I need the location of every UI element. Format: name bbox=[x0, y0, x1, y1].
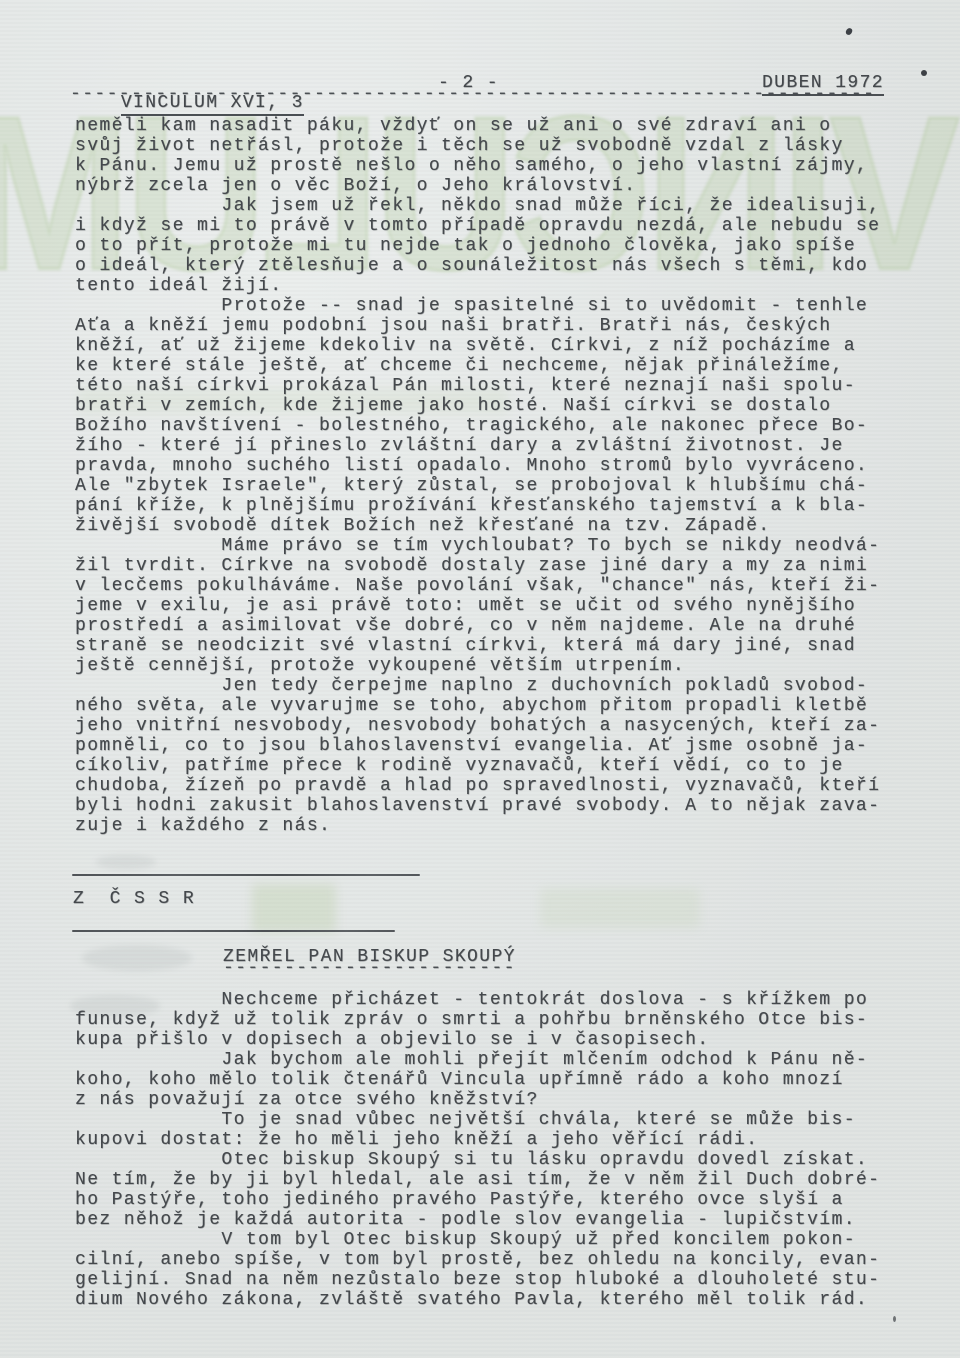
text-line: straně se neodcizit své vlastní církvi, … bbox=[75, 636, 880, 656]
text-line: o ideál, který ztělesňuje a o sounáležit… bbox=[75, 256, 880, 276]
text-line: žil tvrdit. Církve na svobodě dostaly za… bbox=[75, 556, 880, 576]
text-line: Ale "zbytek Israele", který zůstal, se p… bbox=[75, 476, 880, 496]
green-showthrough-patch bbox=[252, 884, 336, 932]
text-line: kupa přišlo v dopisech a objevilo se i v… bbox=[75, 1030, 880, 1050]
article-body-obituary: Nechceme přicházet - tentokrát doslova -… bbox=[75, 990, 880, 1310]
text-line: k Pánu. Jemu už prostě nešlo o něho samé… bbox=[75, 156, 880, 176]
text-line: neměli kam nasadit páku, vždyť on se už … bbox=[75, 116, 880, 136]
ink-speck bbox=[893, 1316, 896, 1322]
text-line: této naší církvi prokázal Pán milosti, k… bbox=[75, 376, 880, 396]
text-line: o to přít, protože mi tu nejde tak o jed… bbox=[75, 236, 880, 256]
text-line: Protože -- snad je spasitelné si to uvěd… bbox=[75, 296, 880, 316]
text-line: z nás považují za otce svého kněžství? bbox=[75, 1090, 880, 1110]
text-line: ke které stále ještě, ať chceme či nechc… bbox=[75, 356, 880, 376]
ink-speck bbox=[921, 70, 927, 76]
text-line: byli hodni zakusit blahoslavenství pravé… bbox=[75, 796, 880, 816]
text-line: pravda, mnoho suchého listí opadalo. Mno… bbox=[75, 456, 880, 476]
text-line: ještě cennější, protože vykoupené větším… bbox=[75, 656, 880, 676]
text-line: prostředí a asimilovat vše dobré, co v n… bbox=[75, 616, 880, 636]
text-line: Máme právo se tím vychloubat? To bych se… bbox=[75, 536, 880, 556]
text-line: koho, koho mělo tolik čtenářů Vincula up… bbox=[75, 1070, 880, 1090]
text-line: V tom byl Otec biskup Skoupý už před kon… bbox=[75, 1230, 880, 1250]
header-dash-rule: ----------------------------------------… bbox=[70, 84, 875, 104]
text-line: Jak bychom ale mohli přejít mlčením odch… bbox=[75, 1050, 880, 1070]
text-line: pomněli, co to jsou blahoslavenství evan… bbox=[75, 736, 880, 756]
text-line: funuse, když už tolik zpráv o smrti a po… bbox=[75, 1010, 880, 1030]
text-line: dium Nového zákona, zvláště svatého Pavl… bbox=[75, 1290, 880, 1310]
text-line: kupovi dostat: že ho měli jeho kněží a j… bbox=[75, 1130, 880, 1150]
text-line: Nechceme přicházet - tentokrát doslova -… bbox=[75, 990, 880, 1010]
text-line: gelijní. Snad na něm nezůstalo beze stop… bbox=[75, 1270, 880, 1290]
text-line: tento ideál žijí. bbox=[75, 276, 880, 296]
text-line: Otec biskup Skoupý si tu lásku opravdu d… bbox=[75, 1150, 880, 1170]
ink-speck bbox=[845, 27, 853, 36]
text-line: cilní, anebo spíše, v tom byl prostě, be… bbox=[75, 1250, 880, 1270]
article-body-continuation: neměli kam nasadit páku, vždyť on se už … bbox=[75, 116, 880, 836]
text-line: Jak jsem už řekl, někdo snad může říci, … bbox=[75, 196, 880, 216]
text-line: pání kříže, k plnějšímu prožívání křesťa… bbox=[75, 496, 880, 516]
text-line: nýbrž zcela jen o věc Boží, o Jeho králo… bbox=[75, 176, 880, 196]
text-line: Božího navštívení - bolestného, tragické… bbox=[75, 416, 880, 436]
text-line: jeme v exilu, je asi právě toto: umět se… bbox=[75, 596, 880, 616]
text-line: bez něhož je každá autorita - podle slov… bbox=[75, 1210, 880, 1230]
text-line: živější svobodě dítek Božích než křesťan… bbox=[75, 516, 880, 536]
section-divider-line-bottom bbox=[72, 930, 395, 932]
text-line: žího - které jí přineslo zvláštní dary a… bbox=[75, 436, 880, 456]
text-line: i když se mi to právě v tomto případě op… bbox=[75, 216, 880, 236]
text-line: cíkoliv, patříme přece k rodině vyznavač… bbox=[75, 756, 880, 776]
pencil-smudge bbox=[82, 945, 192, 971]
text-line: chudoba, žízeň po pravdě a hlad po sprav… bbox=[75, 776, 880, 796]
text-line: bratři v zemích, kde žijeme jako hosté. … bbox=[75, 396, 880, 416]
article-heading-underline: ------------------------ bbox=[223, 958, 516, 978]
pencil-smudge bbox=[96, 855, 156, 869]
text-line: ného světa, ale vyvarujme se toho, abych… bbox=[75, 696, 880, 716]
text-line: Aťa a kněží jemu podobní jsou naši bratř… bbox=[75, 316, 880, 336]
text-line: svůj život netřásl, protože i těch se už… bbox=[75, 136, 880, 156]
scanned-newsletter-page: VINCULUM VINCULUM XVI, 3​ - 2 - DUBEN 19… bbox=[0, 0, 960, 1358]
green-showthrough-patch bbox=[540, 888, 700, 928]
text-line: Ne tím, že by ji byl hledal, ale asi tím… bbox=[75, 1170, 880, 1190]
text-line: Jen tedy čerpejme naplno z duchovních po… bbox=[75, 676, 880, 696]
text-line: jeho vnitřní nesvobody, nesvobody bohatý… bbox=[75, 716, 880, 736]
text-line: v lecčems pokulháváme. Naše povolání vša… bbox=[75, 576, 880, 596]
text-line: ho Pastýře, toho jediného pravého Pastýř… bbox=[75, 1190, 880, 1210]
section-label: Z Č S S R bbox=[73, 889, 195, 909]
section-divider-line-top bbox=[72, 874, 420, 876]
text-line: zuje i každého z nás. bbox=[75, 816, 880, 836]
text-line: To je snad vůbec největší chvála, které … bbox=[75, 1110, 880, 1130]
text-line: kněží, ať už žijeme kdekoliv na světě. C… bbox=[75, 336, 880, 356]
